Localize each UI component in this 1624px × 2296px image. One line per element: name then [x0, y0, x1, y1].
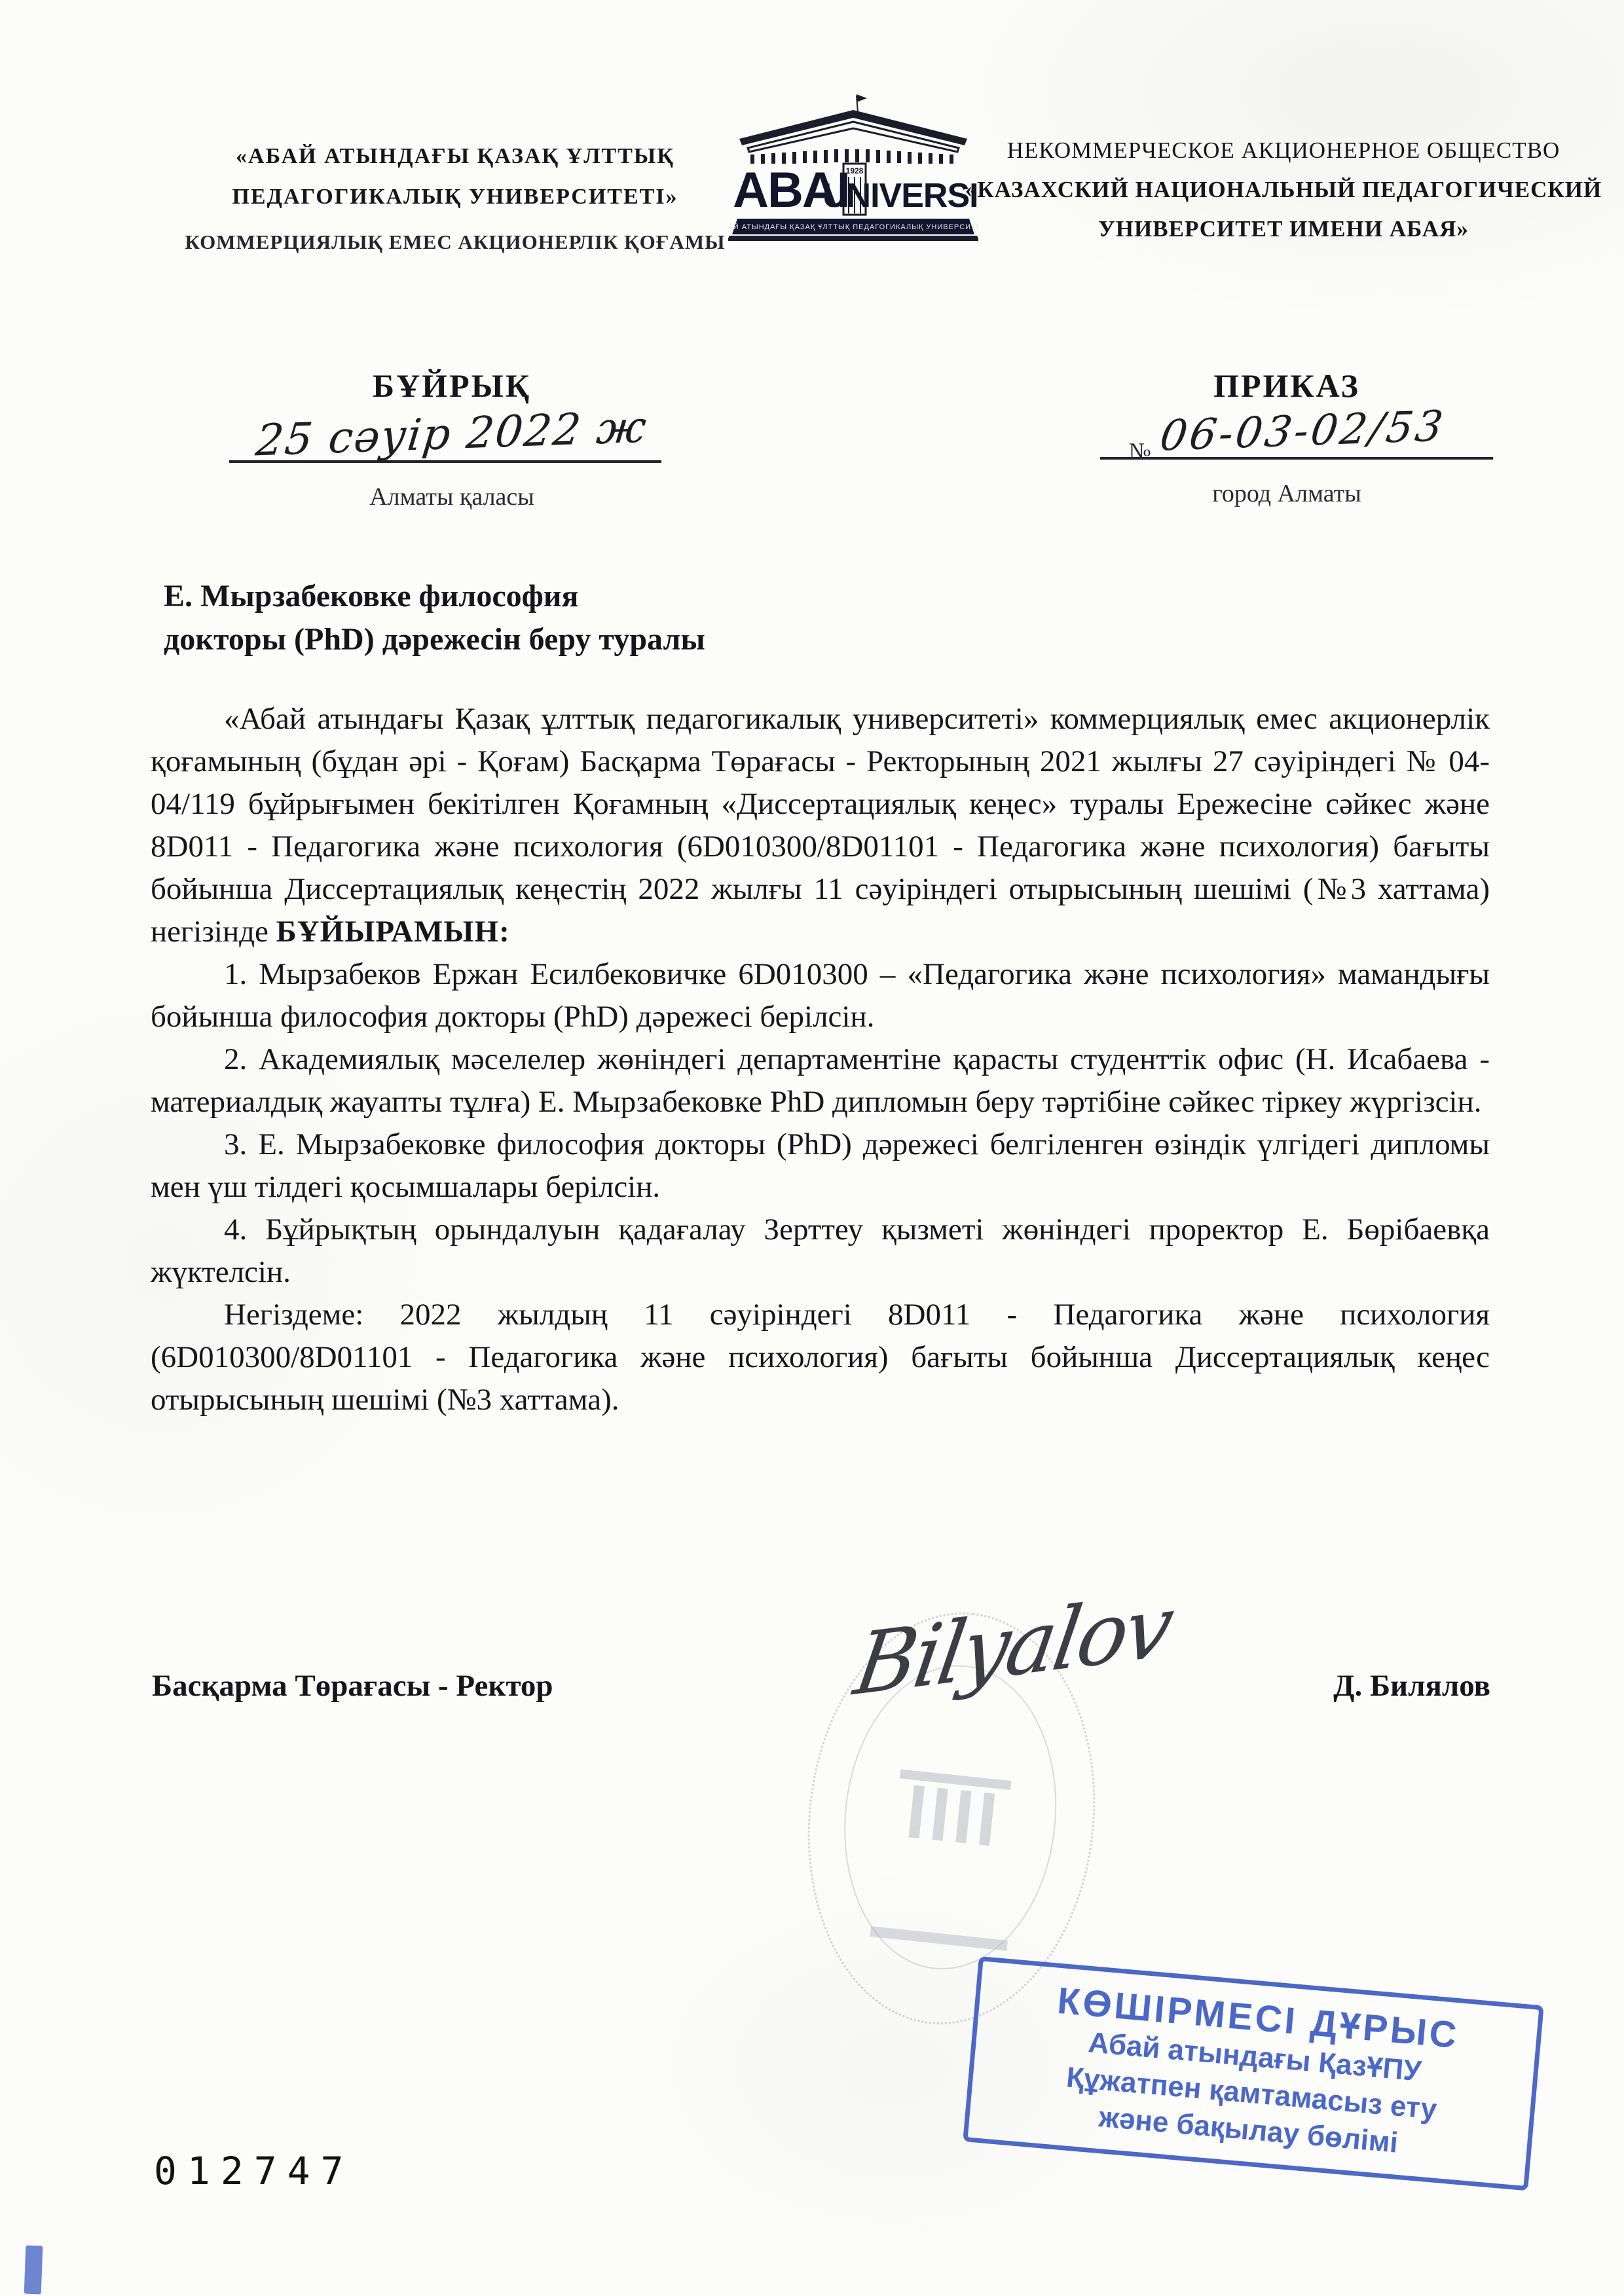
order-heading-kk: БҰЙРЫҚ 25 сәуір 2022 ж Алматы қаласы [210, 367, 694, 511]
signatory-name: Д. Билялов [1333, 1668, 1490, 1704]
order-number-handwritten: 06-03-02/53 [1157, 402, 1449, 461]
logo-banner-text: АБАЙ АТЫНДАҒЫ ҚАЗАҚ ҰЛТТЫҚ ПЕДАГОГИКАЛЫҚ… [728, 223, 978, 231]
order-heading-ru: ПРИКАЗ № 06-03-02/53 город Алматы [1028, 367, 1545, 508]
order-title-ru: ПРИКАЗ [1028, 367, 1545, 405]
round-seal-building-glyph [891, 1769, 1011, 1868]
order-date-handwritten: 25 сәуір 2022 ж [253, 401, 650, 465]
serial-number: 012747 [154, 2149, 354, 2193]
order-city-kk: Алматы қаласы [210, 483, 694, 511]
subject-line2: докторы (PhD) дәрежесін беру туралы [164, 618, 705, 661]
order-body: «Абай атындағы Қазақ ұлттық педагогикалы… [151, 698, 1490, 1421]
org-kk-line3: КОММЕРЦИЯЛЫҚ ЕМЕС АКЦИОНЕРЛІК ҚОҒАМЫ [177, 223, 733, 262]
university-building-icon: 1928 ABAI UNIVERSITY АБАЙ АТЫНДАҒЫ ҚАЗАҚ… [728, 90, 978, 245]
scan-corner-artifact [24, 2246, 43, 2295]
order-number-row: № 06-03-02/53 [1028, 407, 1545, 456]
document-page: «АБАЙ АТЫНДАҒЫ ҚАЗАҚ ҰЛТТЫҚ ПЕДАГОГИКАЛЫ… [0, 0, 1624, 2296]
intro-text: «Абай атындағы Қазақ ұлттық педагогикалы… [151, 702, 1490, 949]
org-name-kk: «АБАЙ АТЫНДАҒЫ ҚАЗАҚ ҰЛТТЫҚ ПЕДАГОГИКАЛЫ… [177, 136, 733, 262]
order-city-ru: город Алматы [1028, 479, 1545, 508]
order-title-kk: БҰЙРЫҚ [210, 367, 694, 405]
basis-paragraph: Негіздеме: 2022 жылдың 11 сәуіріндегі 8D… [151, 1294, 1490, 1421]
org-ru-line2: «КАЗАХСКИЙ НАЦИОНАЛЬНЫЙ ПЕДАГОГИЧЕСКИЙ [953, 170, 1614, 210]
copy-certification-stamp: КӨШІРМЕСІ ДҰРЫС Абай атындағы ҚазҰПУ Құж… [963, 1956, 1543, 2191]
org-ru-line1: НЕКОММЕРЧЕСКОЕ АКЦИОНЕРНОЕ ОБЩЕСТВО [953, 131, 1614, 170]
intro-paragraph: «Абай атындағы Қазақ ұлттық педагогикалы… [151, 698, 1490, 953]
order-imperative: БҰЙЫРАМЫН: [276, 915, 510, 949]
org-ru-line3: УНИВЕРСИТЕТ ИМЕНИ АБАЯ» [953, 210, 1614, 249]
order-item-2: 2. Академиялық мәселелер жөніндегі депар… [151, 1038, 1490, 1123]
number-sign: № [1129, 437, 1160, 465]
order-item-1: 1. Мырзабеков Ержан Есилбековичке 6D0103… [151, 953, 1490, 1038]
order-item-4: 4. Бұйрықтың орындалуын қадағалау Зертте… [151, 1209, 1490, 1294]
subject-line1: Е. Мырзабековке философия [164, 575, 705, 618]
subject-title: Е. Мырзабековке философия докторы (PhD) … [164, 575, 705, 661]
org-kk-line1: «АБАЙ АТЫНДАҒЫ ҚАЗАҚ ҰЛТТЫҚ [177, 136, 733, 177]
signatory-position: Басқарма Төрағасы - Ректор [152, 1668, 553, 1704]
abai-university-logo: 1928 ABAI UNIVERSITY АБАЙ АТЫНДАҒЫ ҚАЗАҚ… [728, 90, 978, 245]
order-item-3: 3. Е. Мырзабековке философия докторы (Ph… [151, 1123, 1490, 1209]
org-name-ru: НЕКОММЕРЧЕСКОЕ АКЦИОНЕРНОЕ ОБЩЕСТВО «КАЗ… [953, 131, 1614, 249]
org-kk-line2: ПЕДАГОГИКАЛЫҚ УНИВЕРСИТЕТІ» [177, 177, 733, 217]
